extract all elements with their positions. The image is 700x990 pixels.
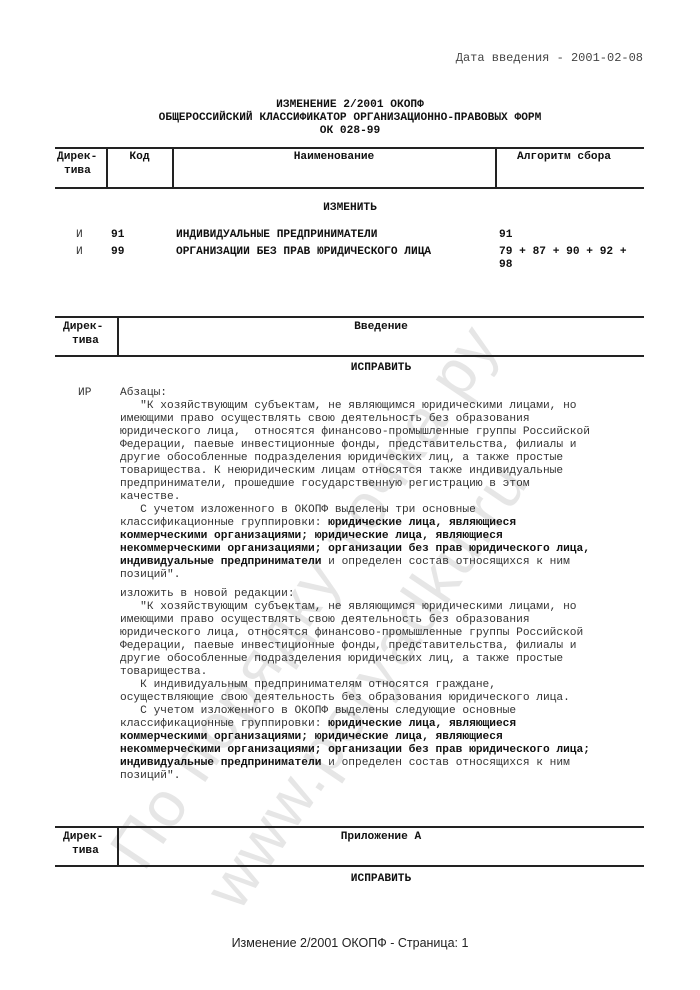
table-3-top-border — [55, 826, 644, 828]
row-code: 91 — [111, 229, 124, 242]
bold-text: коммерческими организациями; юридические… — [120, 731, 503, 743]
header-directive-line-1: Дирек- — [63, 320, 103, 335]
new-text-line: некоммерческими организациями; организац… — [120, 744, 660, 757]
row-code: 99 — [111, 246, 124, 259]
table-2-bottom-border — [55, 355, 644, 357]
document-title-line-2: ОБЩЕРОССИЙСКИЙ КЛАССИФИКАТОР ОРГАНИЗАЦИО… — [0, 112, 700, 125]
old-text-line: юридического лица, относятся финансово-п… — [120, 426, 660, 439]
row-directive: И — [76, 229, 83, 242]
row-name: ОРГАНИЗАЦИИ БЕЗ ПРАВ ЮРИДИЧЕСКОГО ЛИЦА — [176, 246, 431, 259]
header-directive-line-1: Дирек- — [57, 150, 97, 165]
plain-text: и определен состав относящихся к ним — [321, 556, 569, 568]
new-text-line: К индивидуальным предпринимателям относя… — [120, 679, 660, 692]
document-title-line-3: ОК 028-99 — [0, 125, 700, 138]
new-text-label: изложить в новой редакции: — [120, 588, 660, 601]
header-directive-line-1: Дирек- — [63, 830, 103, 845]
header-directive-line-2: тива — [72, 844, 99, 859]
old-text-label: Абзацы: — [120, 387, 660, 400]
table-2-top-border — [55, 316, 644, 318]
old-text-line: товарищества. К неюридическим лицам отно… — [120, 465, 660, 478]
old-text-line: имеющими право осуществлять свою деятель… — [120, 413, 660, 426]
header-section-appendix-a: Приложение А — [118, 830, 644, 845]
old-text-line: качестве. — [120, 491, 660, 504]
new-text-line: "К хозяйствующим субъектам, не являющимс… — [120, 601, 660, 614]
header-directive-line-2: тива — [72, 334, 99, 349]
table-1-bottom-border — [55, 187, 644, 189]
new-text-line: индивидуальные предприниматели и определ… — [120, 757, 660, 770]
document-title-line-1: ИЗМЕНЕНИЕ 2/2001 ОКОПФ — [0, 99, 700, 112]
table-1-top-border — [55, 147, 644, 149]
header-algorithm: Алгоритм сбора — [517, 150, 611, 165]
row-algorithm-line-1: 79 + 87 + 90 + 92 + — [499, 246, 627, 259]
new-text-line: другие обособленные подразделения юридич… — [120, 653, 660, 666]
bold-text: некоммерческими организациями; организац… — [120, 543, 590, 555]
plain-text: и определен состав относящихся к ним — [321, 757, 569, 769]
old-text-line: классификационные группировки: юридическ… — [120, 517, 660, 530]
row-name: ИНДИВИДУАЛЬНЫЕ ПРЕДПРИНИМАТЕЛИ — [176, 229, 377, 242]
table-1-col-divider-3 — [495, 148, 497, 188]
old-text-line: коммерческими организациями; юридические… — [120, 530, 660, 543]
table-2-action: ИСПРАВИТЬ — [118, 362, 644, 375]
table-3-bottom-border — [55, 865, 644, 867]
header-directive-line-2: тива — [64, 164, 91, 179]
old-text-line: индивидуальные предприниматели и определ… — [120, 556, 660, 569]
old-text-line: предприниматели, прошедшие государственн… — [120, 478, 660, 491]
bold-text: коммерческими организациями; юридические… — [120, 530, 503, 542]
new-text-line: коммерческими организациями; юридические… — [120, 731, 660, 744]
old-text-line: С учетом изложенного в ОКОПФ выделены тр… — [120, 504, 660, 517]
new-text-line: товарищества. — [120, 666, 660, 679]
new-text-line: позиций". — [120, 770, 660, 783]
document-page: Дата введения - 2001-02-08 ИЗМЕНЕНИЕ 2/2… — [0, 0, 700, 990]
new-text-line: осуществляющие свою деятельность без обр… — [120, 692, 660, 705]
new-text-line: С учетом изложенного в ОКОПФ выделены сл… — [120, 705, 660, 718]
old-text-line: Федерации, паевые инвестиционные фонды, … — [120, 439, 660, 452]
plain-text: классификационные группировки: — [120, 718, 328, 730]
old-text-line: некоммерческими организациями; организац… — [120, 543, 660, 556]
header-section-introduction: Введение — [118, 320, 644, 335]
bold-text: некоммерческими организациями; организац… — [120, 744, 590, 756]
table-1-action: ИЗМЕНИТЬ — [0, 202, 700, 215]
row-algorithm: 91 — [499, 229, 512, 242]
new-text-line: имеющими право осуществлять свою деятель… — [120, 614, 660, 627]
page-footer: Изменение 2/2001 ОКОПФ - Страница: 1 — [0, 936, 700, 950]
new-text-line: классификационные группировки: юридическ… — [120, 718, 660, 731]
bold-text: индивидуальные предприниматели — [120, 556, 321, 568]
bold-text: индивидуальные предприниматели — [120, 757, 321, 769]
row-algorithm-line-2: 98 — [499, 259, 512, 272]
new-text-line: Федерации, паевые инвестиционные фонды, … — [120, 640, 660, 653]
directive-code: ИР — [78, 387, 91, 400]
introduction-date: Дата введения - 2001-02-08 — [456, 52, 643, 65]
table-3-action: ИСПРАВИТЬ — [118, 873, 644, 886]
plain-text: классификационные группировки: — [120, 517, 328, 529]
old-text-line: позиций". — [120, 569, 660, 582]
new-text-line: юридического лица, относятся финансово-п… — [120, 627, 660, 640]
old-text-line: "К хозяйствующим субъектам, не являющимс… — [120, 400, 660, 413]
bold-text: юридические лица, являющиеся — [328, 517, 516, 529]
header-name: Наименование — [173, 150, 495, 165]
row-directive: И — [76, 246, 83, 259]
header-code: Код — [107, 150, 172, 165]
old-text-line: другие обособленные подразделения юридич… — [120, 452, 660, 465]
bold-text: юридические лица, являющиеся — [328, 718, 516, 730]
